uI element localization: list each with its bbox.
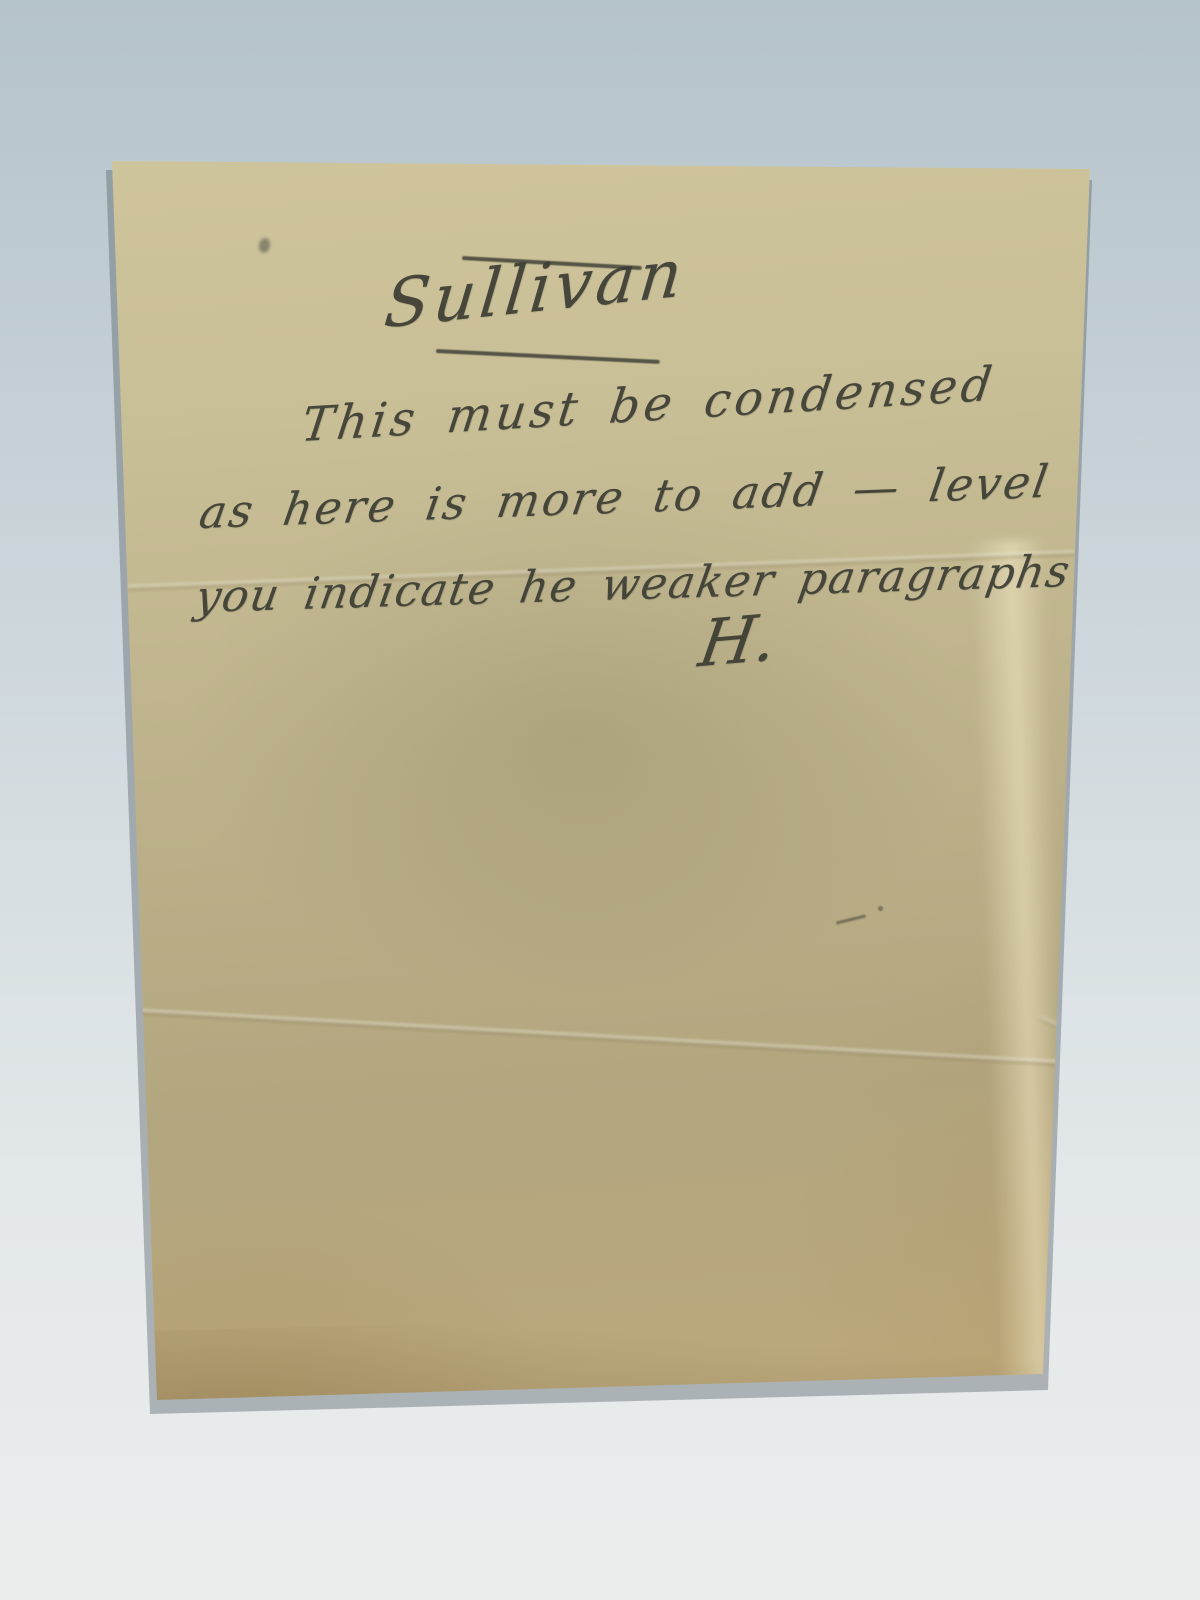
heading-underline-stroke (436, 349, 660, 364)
pencil-speck (878, 906, 883, 911)
photo-of-handwritten-note: Sullivan This must be condensed as here … (0, 0, 1200, 1600)
pencil-smudge-middle (836, 914, 866, 924)
note-signature-initial: H. (694, 601, 782, 683)
note-heading: Sullivan (381, 234, 690, 344)
note-body-line-1: This must be condensed (298, 357, 999, 454)
note-body-line-2: as here is more to add — level (196, 455, 1054, 539)
fold-crease-lower (126, 1008, 1070, 1067)
pencil-smudge-top (258, 237, 272, 254)
paper-sheet: Sullivan This must be condensed as here … (0, 0, 1200, 1600)
